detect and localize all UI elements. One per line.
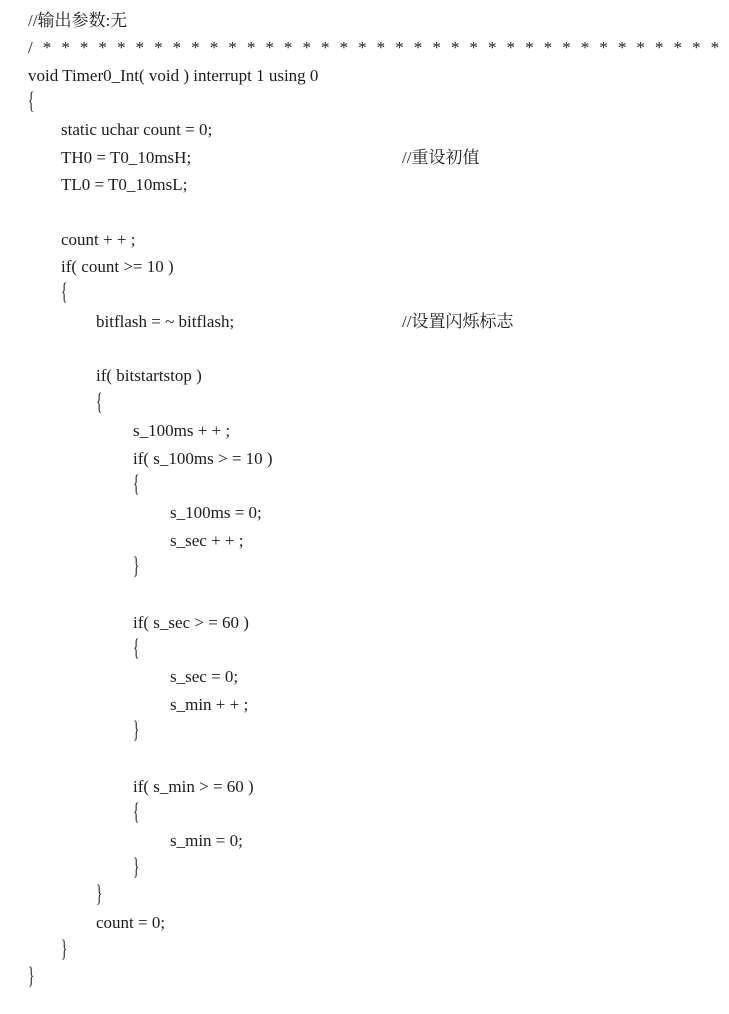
code-text: s_min = 0; [170,827,243,854]
code-text: static uchar count = 0; [61,116,212,143]
code-text: s_100ms + + ; [133,417,230,444]
code-text: void Timer0_Int( void ) interrupt 1 usin… [28,62,318,89]
code-text: s_min + + ; [170,691,248,718]
brace-glyph: { [133,628,139,668]
brace-glyph: { [133,792,139,832]
brace-glyph: { [28,81,34,121]
blank-line [28,335,729,362]
code-line: TL0 = T0_10msL; [28,171,729,198]
code-text: count = 0; [96,909,165,936]
code-line: { [28,800,729,827]
code-line: { [28,89,729,116]
separator-line: / * * * * * * * * * * * * * * * * * * * … [28,34,729,61]
code-text: if( s_sec > = 60 ) [133,609,249,636]
code-text: TL0 = T0_10msL; [61,171,187,198]
brace-glyph: } [61,929,67,969]
code-line: { [28,636,729,663]
code-line: } [28,964,729,991]
blank-line [28,581,729,608]
code-line: bitflash = ~ bitflash;//设置闪烁标志 [28,308,729,335]
code-text: count + + ; [61,226,135,253]
code-line: TH0 = T0_10msH;//重设初值 [28,144,729,171]
code-line: s_100ms = 0; [28,499,729,526]
code-text: if( bitstartstop ) [96,362,202,389]
code-text: s_sec = 0; [170,663,238,690]
code-line: } [28,718,729,745]
code-line: //输出参数:无 [28,7,729,34]
brace-glyph: } [96,874,102,914]
code-text: s_sec + + ; [170,527,243,554]
code-line: } [28,554,729,581]
brace-glyph: { [133,464,139,504]
code-line: count + + ; [28,226,729,253]
blank-line [28,745,729,772]
code-text: bitflash = ~ bitflash; [96,308,234,335]
code-line: s_100ms + + ; [28,417,729,444]
brace-glyph: { [96,382,102,422]
code-line: static uchar count = 0; [28,116,729,143]
comment-text: //输出参数:无 [28,7,127,34]
inline-comment: //设置闪烁标志 [402,308,513,335]
blank-line [28,198,729,225]
code-line: { [28,390,729,417]
inline-comment: //重设初值 [402,144,479,171]
code-line: { [28,280,729,307]
brace-glyph: } [133,847,139,887]
brace-glyph: } [133,710,139,750]
code-line: / * * * * * * * * * * * * * * * * * * * … [28,34,729,61]
code-line: } [28,855,729,882]
code-page: //输出参数:无/ * * * * * * * * * * * * * * * … [0,0,729,1014]
code-line: s_sec = 0; [28,663,729,690]
code-text: if( count >= 10 ) [61,253,174,280]
code-line: void Timer0_Int( void ) interrupt 1 usin… [28,62,729,89]
code-text: TH0 = T0_10msH; [61,144,191,171]
code-line: } [28,937,729,964]
code-text: s_100ms = 0; [170,499,262,526]
brace-glyph: } [133,546,139,586]
code-text: if( s_min > = 60 ) [133,773,254,800]
code-line: if( bitstartstop ) [28,362,729,389]
code-line: } [28,882,729,909]
code-line: count = 0; [28,909,729,936]
code-line: { [28,472,729,499]
code-line: if( count >= 10 ) [28,253,729,280]
code-block: //输出参数:无/ * * * * * * * * * * * * * * * … [28,7,729,991]
code-text: if( s_100ms > = 10 ) [133,445,273,472]
brace-glyph: { [61,272,67,312]
brace-glyph: } [28,956,34,996]
